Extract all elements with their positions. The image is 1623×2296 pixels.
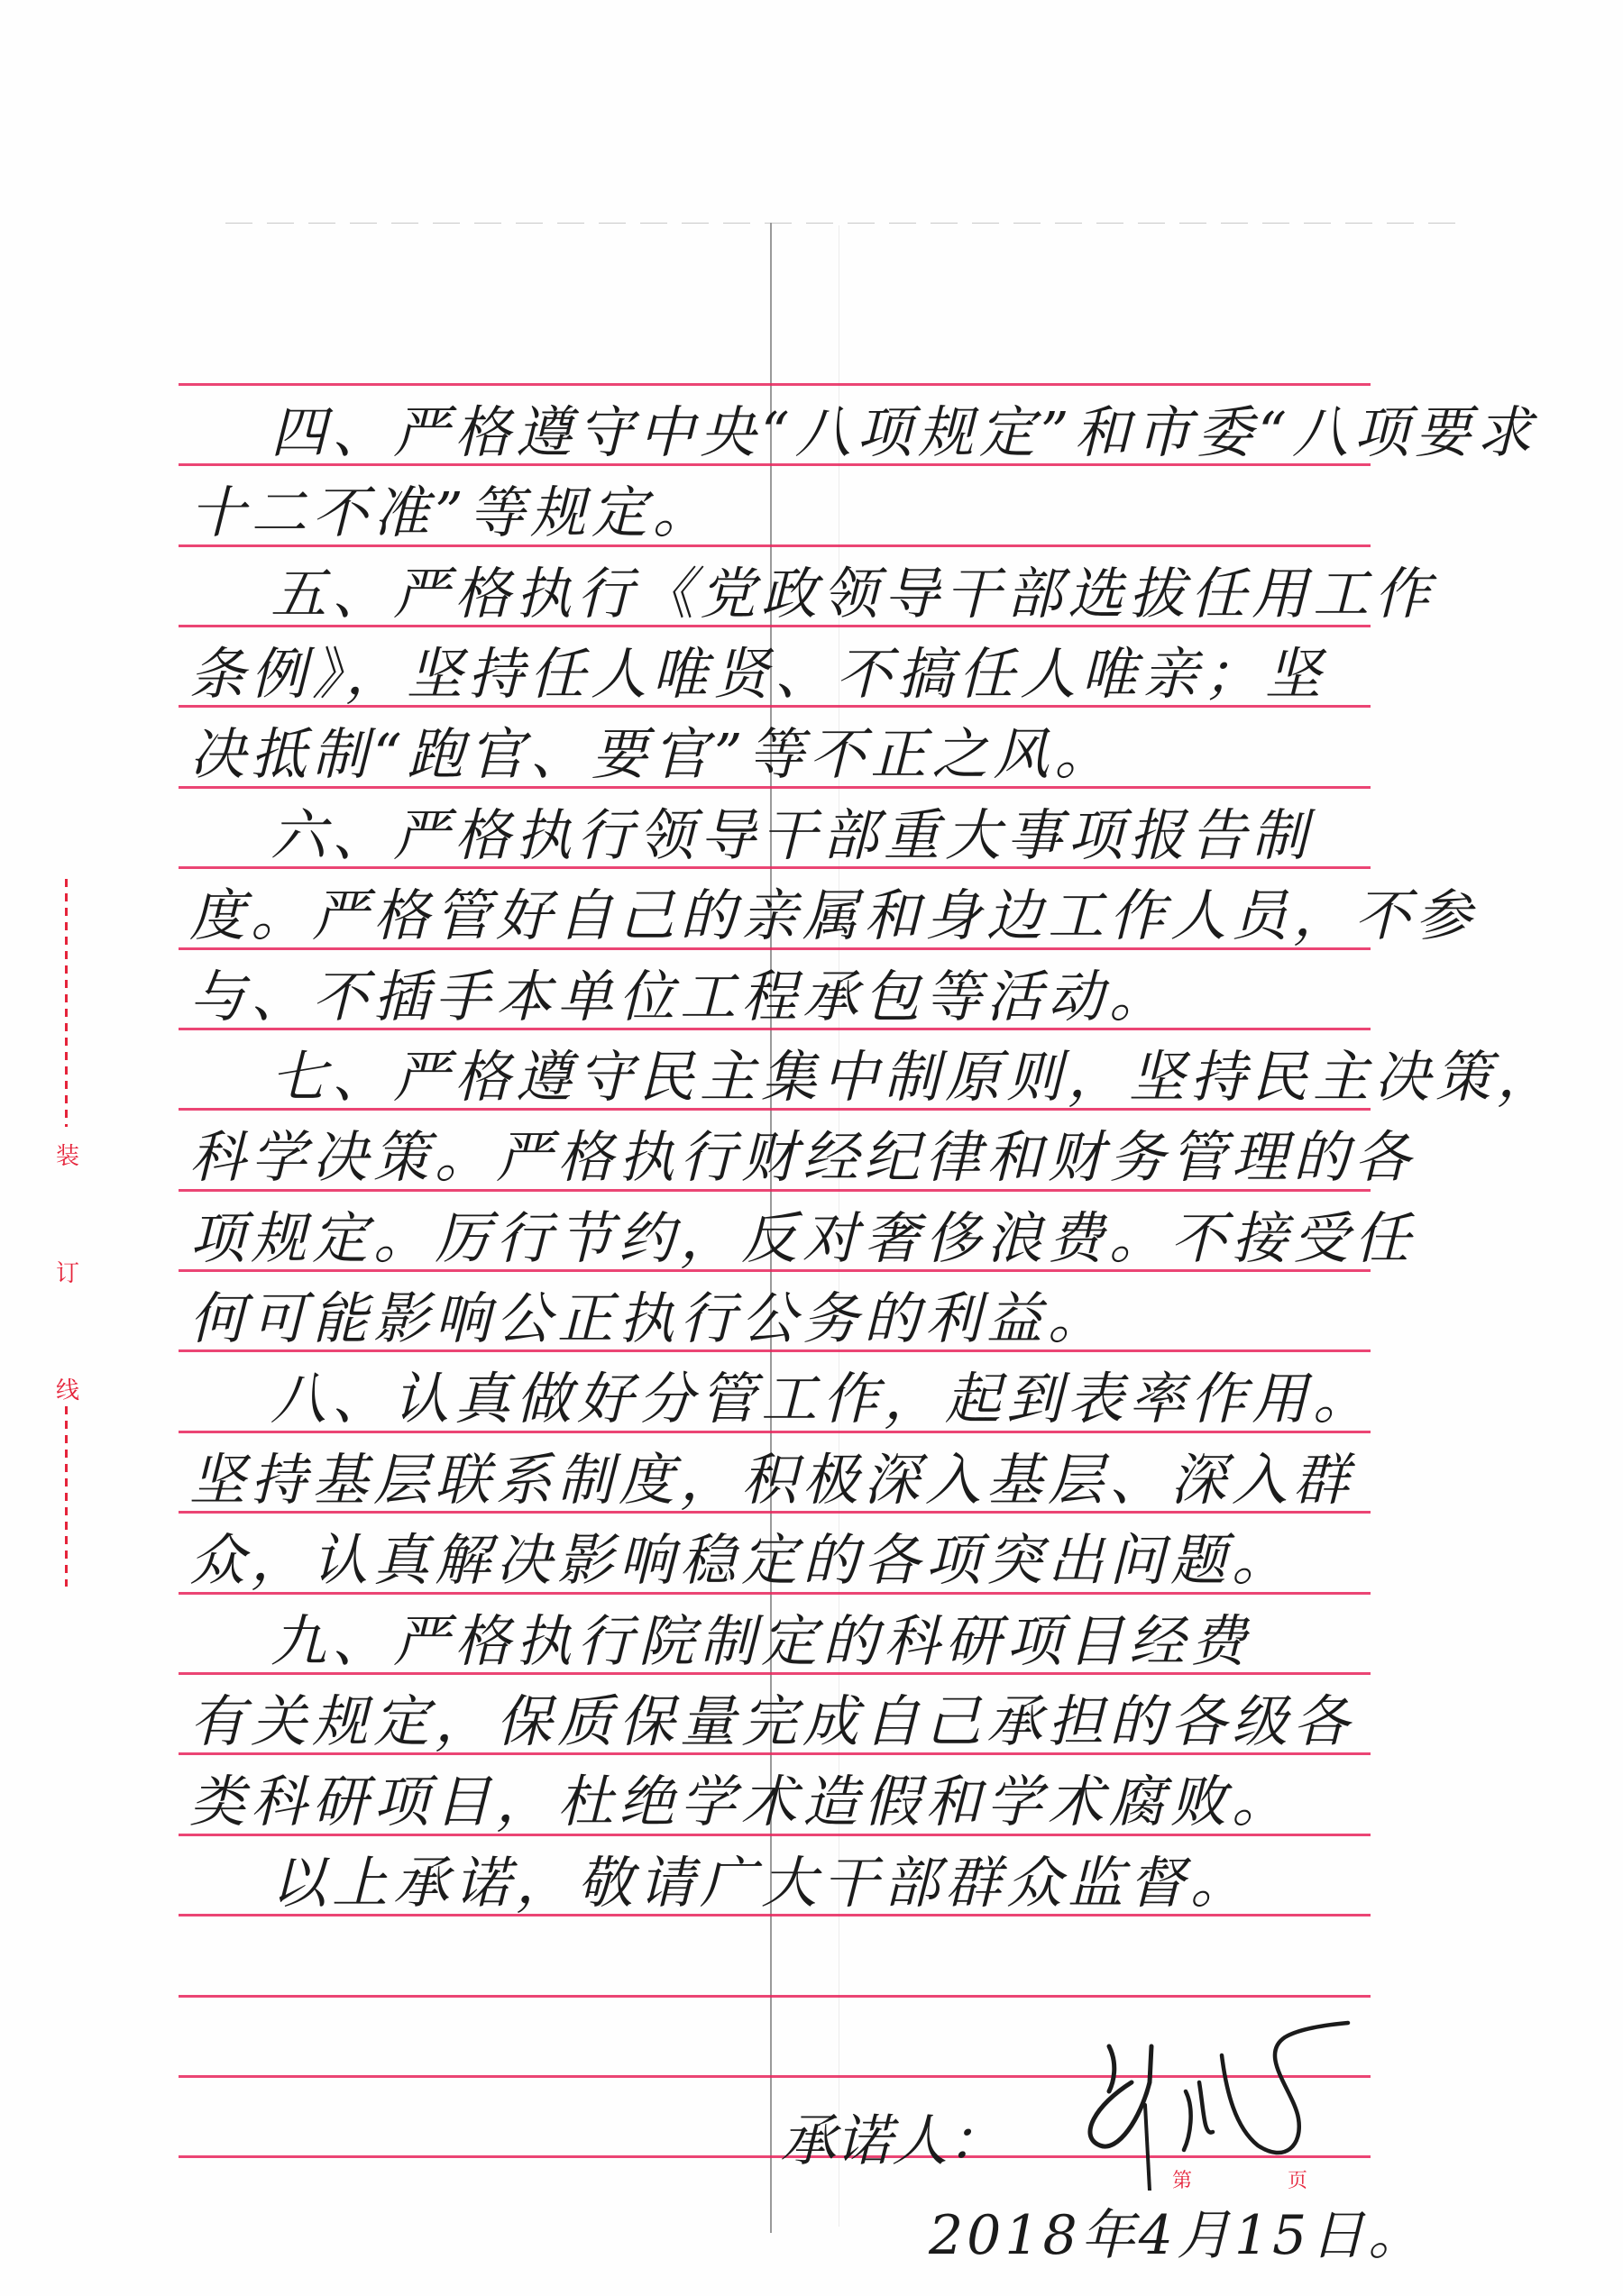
text-row-item-7-line1: 七、严格遵守民主集中制原则，坚持民主决策， [189,1041,1470,1113]
top-faint-rule [225,223,1470,224]
pledge-page: 装 订 线 四、严格遵守中央“八项规定”和市委“八项要求 十二不准”等规定。 五… [0,0,1623,2296]
signing-date: 2018年4月15日。 [929,2192,1426,2270]
binding-dashed-line-bottom [65,1406,68,1587]
text-row-item-8-line3: 众，认真解决影响稳定的各项突出问题。 [189,1524,1389,1596]
text-row-item-7-line2: 科学决策。严格执行财经纪律和财务管理的各 [189,1121,1389,1194]
text-row-item-4-line2: 十二不准”等规定。 [189,477,1389,549]
page-number-suffix: 页 [1288,2165,1307,2193]
text-row-item-9-line3: 类科研项目，杜绝学术造假和学术腐败。 [189,1766,1389,1838]
signer-label: 承诺人： [780,2096,1004,2176]
handwritten-signature-icon [1077,2019,1411,2191]
text-row-item-8-line1: 八、认真做好分管工作，起到表率作用。 [189,1363,1470,1435]
text-row-closing: 以上承诺，敬请广大干部群众监督。 [189,1847,1470,1919]
ruled-line [179,383,1371,386]
text-row-item-6-line3: 与、不插手本单位工程承包等活动。 [189,961,1389,1033]
text-row-item-4-line1: 四、严格遵守中央“八项规定”和市委“八项要求 [189,397,1470,469]
text-row-item-9-line2: 有关规定，保质保量完成自己承担的各级各 [189,1686,1389,1758]
text-row-item-6-line1: 六、严格执行领导干部重大事项报告制 [189,800,1470,872]
text-row-item-5-line2: 条例》，坚持任人唯贤、不搞任人唯亲；坚 [189,638,1389,710]
page-number-prefix: 第 [1172,2165,1192,2193]
text-row-item-8-line2: 坚持基层联系制度，积极深入基层、深入群 [189,1444,1389,1516]
ruled-line [179,1995,1371,1998]
binding-label-xian: 线 [54,1372,81,1405]
binding-label-zhuang: 装 [54,1138,81,1171]
text-row-item-9-line1: 九、严格执行院制定的科研项目经费 [189,1605,1470,1678]
text-row-item-5-line1: 五、严格执行《党政领导干部选拔任用工作 [189,558,1470,630]
text-row-item-7-line4: 何可能影响公正执行公务的利益。 [189,1283,1389,1355]
binding-dashed-line-top [65,879,68,1127]
text-row-item-5-line3: 决抵制“跑官、要官”等不正之风。 [189,718,1389,791]
text-row-item-6-line2: 度。严格管好自己的亲属和身边工作人员，不参 [189,880,1389,952]
binding-label-ding: 订 [54,1255,81,1288]
text-row-item-7-line3: 项规定。厉行节约，反对奢侈浪费。不接受任 [189,1203,1389,1275]
